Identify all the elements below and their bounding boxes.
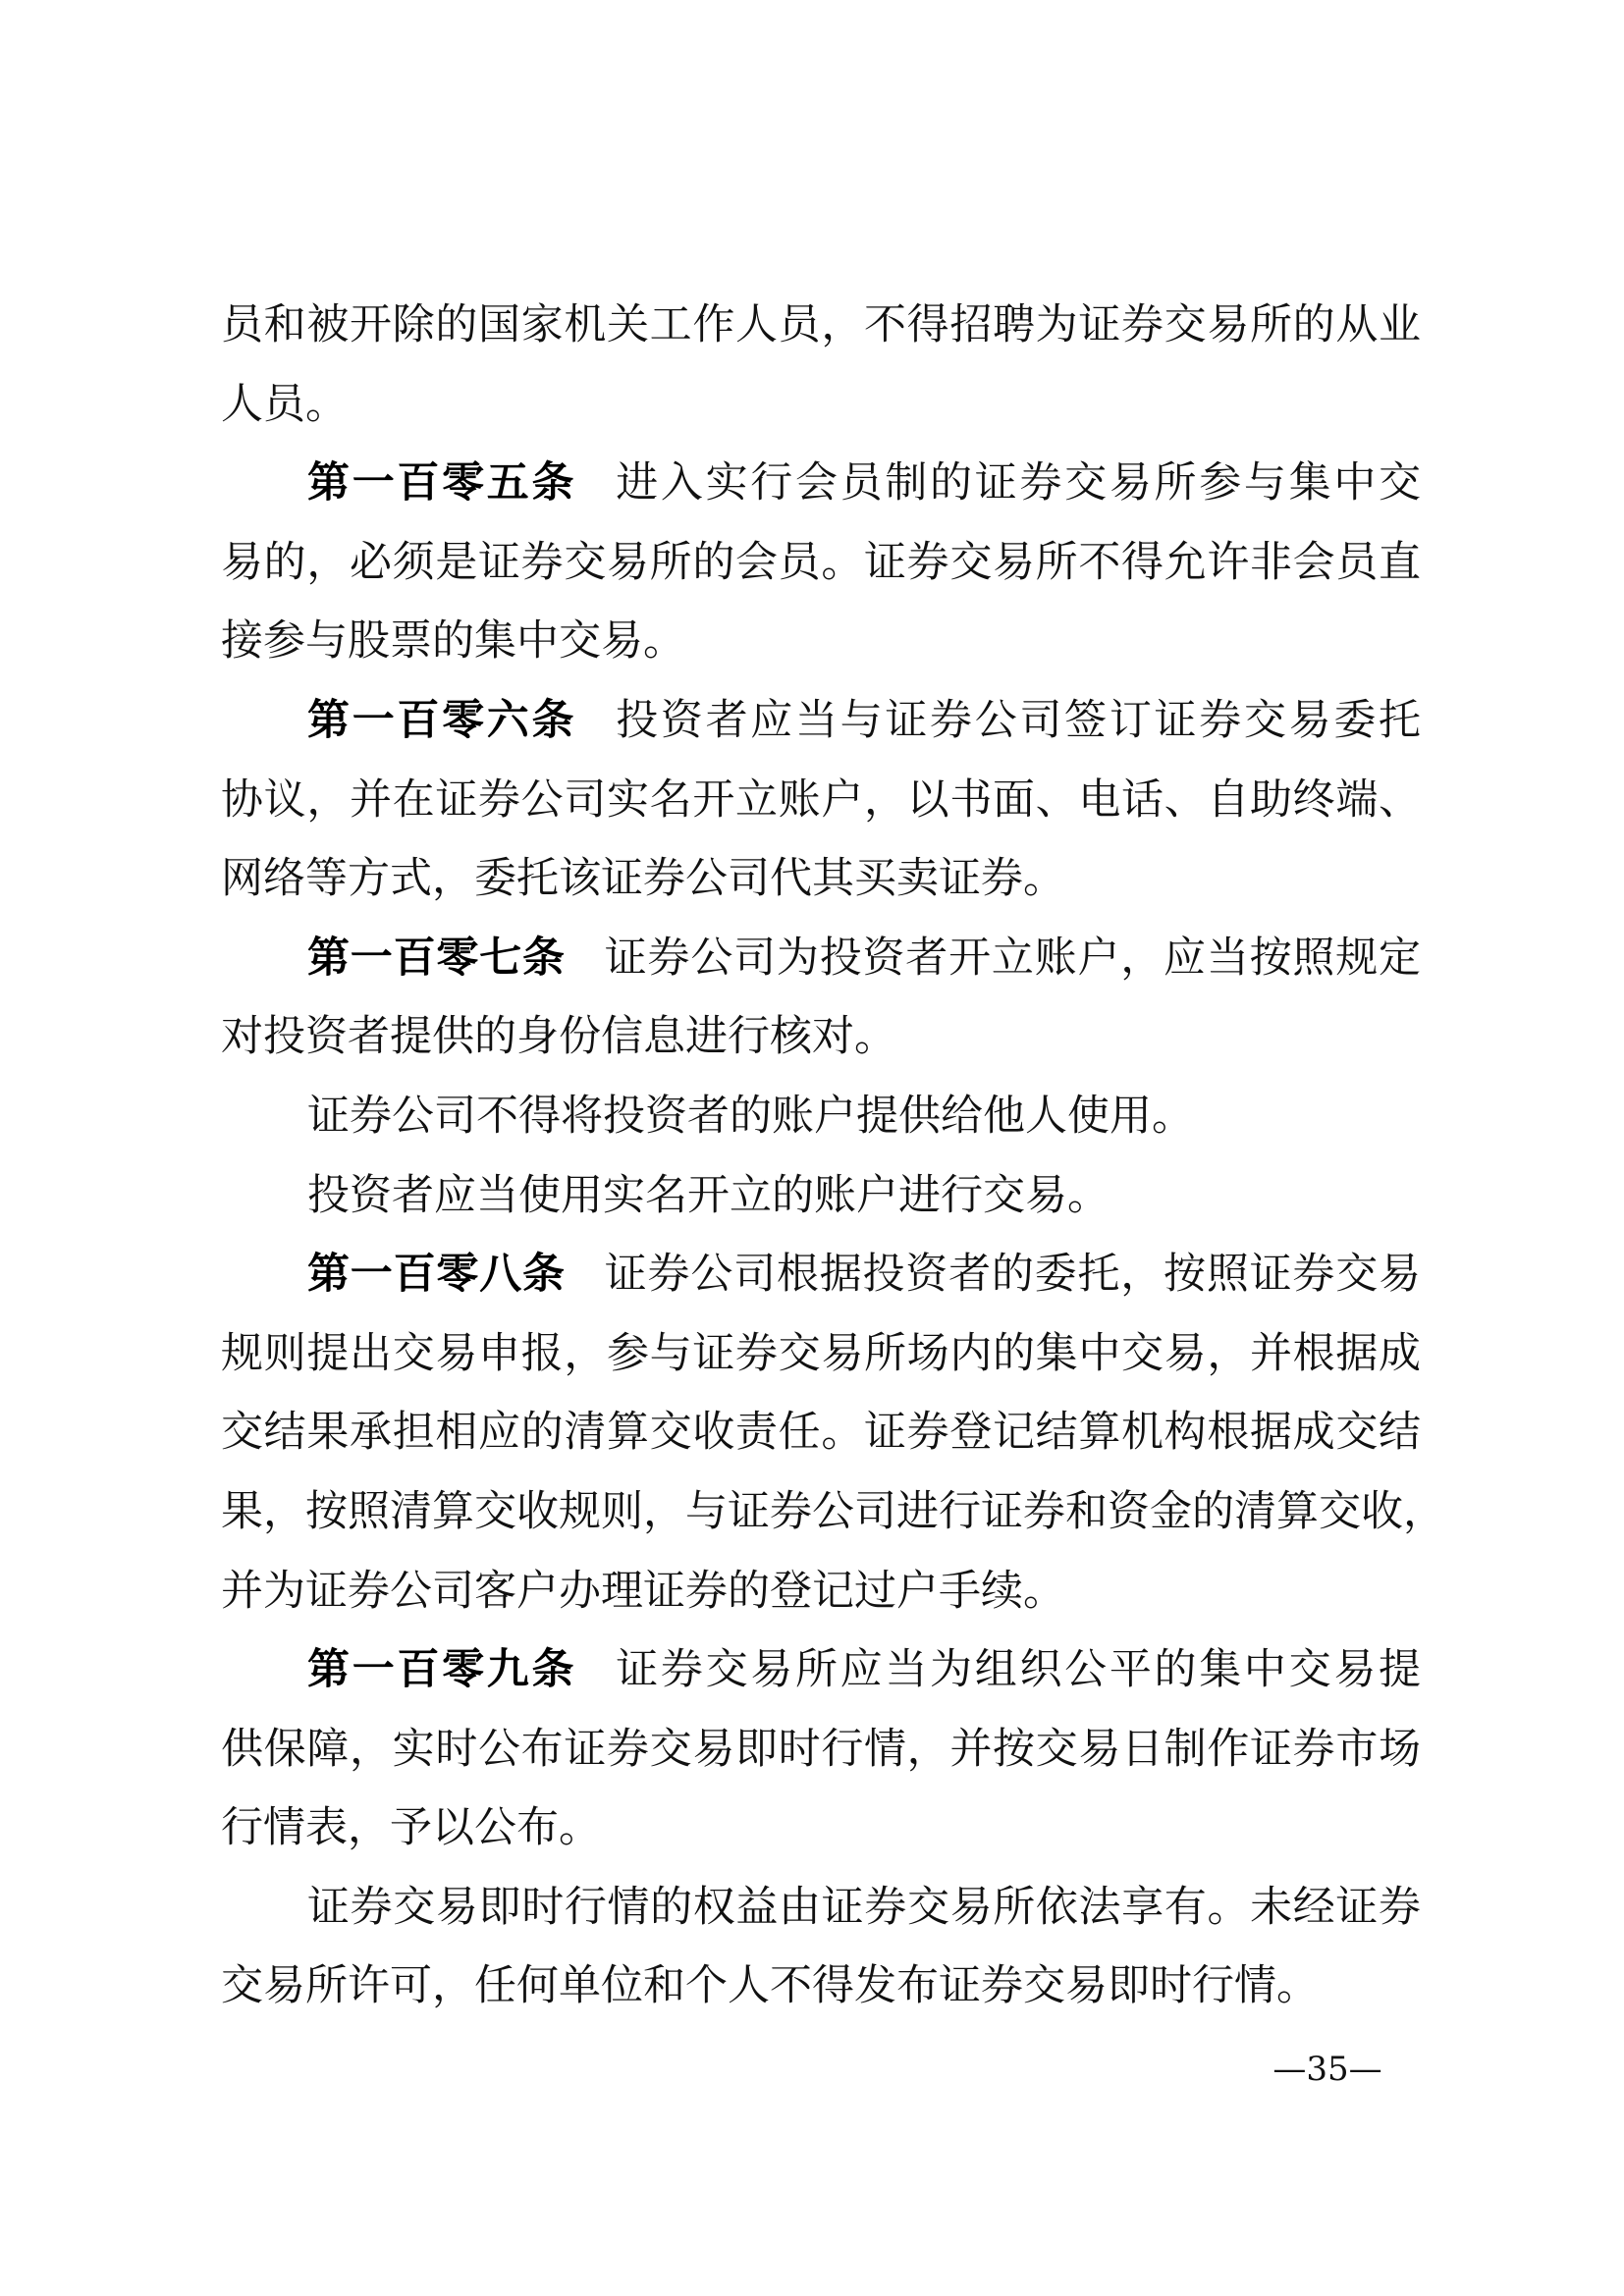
line-text: 供保障，实时公布证券交易即时行情，并按交易日制作证券市场 [221, 1725, 1421, 1774]
line-text: 易的，必须是证券交易所的会员。证券交易所不得允许非会员直 [221, 538, 1421, 587]
text-line: 接参与股票的集中交易。 [221, 602, 1421, 681]
paragraph-line: 证券公司不得将投资者的账户提供给他人使用。 [221, 1077, 1421, 1156]
article-heading-line: 第一百零七条证券公司为投资者开立账户，应当按照规定 [221, 919, 1421, 998]
line-text: 证券公司根据投资者的委托，按照证券交易 [605, 1250, 1421, 1299]
text-line: 员和被开除的国家机关工作人员，不得招聘为证券交易所的从业 [221, 286, 1421, 365]
text-line: 并为证券公司客户办理证券的登记过户手续。 [221, 1552, 1421, 1631]
article-number-107: 第一百零七条 [307, 934, 566, 983]
line-text: 交结果承担相应的清算交收责任。证券登记结算机构根据成交结 [221, 1408, 1421, 1457]
line-text: 并为证券公司客户办理证券的登记过户手续。 [221, 1567, 1065, 1616]
article-number-108: 第一百零八条 [307, 1250, 566, 1299]
line-text: 证券交易所应当为组织公平的集中交易提 [616, 1645, 1421, 1694]
paragraph-line: 证券交易即时行情的权益由证券交易所依法享有。未经证券 [221, 1868, 1421, 1948]
page-number: —35— [1272, 2048, 1382, 2091]
text-line: 人员。 [221, 365, 1421, 445]
line-text: 行情表，予以公布。 [221, 1803, 601, 1852]
line-text: 交易所许可，任何单位和个人不得发布证券交易即时行情。 [221, 1961, 1319, 2010]
text-line: 规则提出交易申报，参与证券交易所场内的集中交易，并根据成 [221, 1314, 1421, 1394]
line-text: 网络等方式，委托该证券公司代其买卖证券。 [221, 854, 1065, 903]
body-text: 员和被开除的国家机关工作人员，不得招聘为证券交易所的从业 人员。 第一百零五条进… [221, 286, 1421, 2026]
article-number-105: 第一百零五条 [307, 458, 576, 507]
paragraph-line: 投资者应当使用实名开立的账户进行交易。 [221, 1156, 1421, 1236]
line-text: 协议，并在证券公司实名开立账户，以书面、电话、自助终端、 [221, 775, 1421, 825]
line-text: 人员。 [221, 380, 348, 429]
line-text: 接参与股票的集中交易。 [221, 616, 685, 666]
text-line: 网络等方式，委托该证券公司代其买卖证券。 [221, 839, 1421, 919]
line-text: 投资者应当使用实名开立的账户进行交易。 [307, 1171, 1110, 1220]
line-text: 果，按照清算交收规则，与证券公司进行证券和资金的清算交收， [221, 1487, 1445, 1536]
line-text: 投资者应当与证券公司签订证券交易委托 [616, 696, 1421, 745]
text-line: 行情表，予以公布。 [221, 1789, 1421, 1868]
line-text: 员和被开除的国家机关工作人员，不得招聘为证券交易所的从业 [221, 300, 1421, 349]
article-number-106: 第一百零六条 [307, 696, 576, 745]
text-line: 对投资者提供的身份信息进行核对。 [221, 997, 1421, 1077]
text-line: 供保障，实时公布证券交易即时行情，并按交易日制作证券市场 [221, 1710, 1421, 1789]
article-heading-line: 第一百零八条证券公司根据投资者的委托，按照证券交易 [221, 1235, 1421, 1314]
text-line: 协议，并在证券公司实名开立账户，以书面、电话、自助终端、 [221, 761, 1421, 840]
article-number-109: 第一百零九条 [307, 1645, 576, 1694]
document-page: 员和被开除的国家机关工作人员，不得招聘为证券交易所的从业 人员。 第一百零五条进… [0, 0, 1624, 2296]
text-line: 交易所许可，任何单位和个人不得发布证券交易即时行情。 [221, 1947, 1421, 2026]
line-text: 对投资者提供的身份信息进行核对。 [221, 1012, 896, 1061]
text-line: 易的，必须是证券交易所的会员。证券交易所不得允许非会员直 [221, 523, 1421, 603]
text-line: 交结果承担相应的清算交收责任。证券登记结算机构根据成交结 [221, 1393, 1421, 1472]
text-line: 果，按照清算交收规则，与证券公司进行证券和资金的清算交收， [221, 1472, 1421, 1552]
article-heading-line: 第一百零六条投资者应当与证券公司签订证券交易委托 [221, 681, 1421, 761]
line-text: 规则提出交易申报，参与证券交易所场内的集中交易，并根据成 [221, 1329, 1421, 1378]
line-text: 证券交易即时行情的权益由证券交易所依法享有。未经证券 [307, 1883, 1421, 1932]
article-heading-line: 第一百零五条进入实行会员制的证券交易所参与集中交 [221, 444, 1421, 523]
line-text: 进入实行会员制的证券交易所参与集中交 [616, 458, 1421, 507]
line-text: 证券公司不得将投资者的账户提供给他人使用。 [307, 1092, 1194, 1141]
line-text: 证券公司为投资者开立账户，应当按照规定 [605, 934, 1421, 983]
article-heading-line: 第一百零九条证券交易所应当为组织公平的集中交易提 [221, 1630, 1421, 1710]
